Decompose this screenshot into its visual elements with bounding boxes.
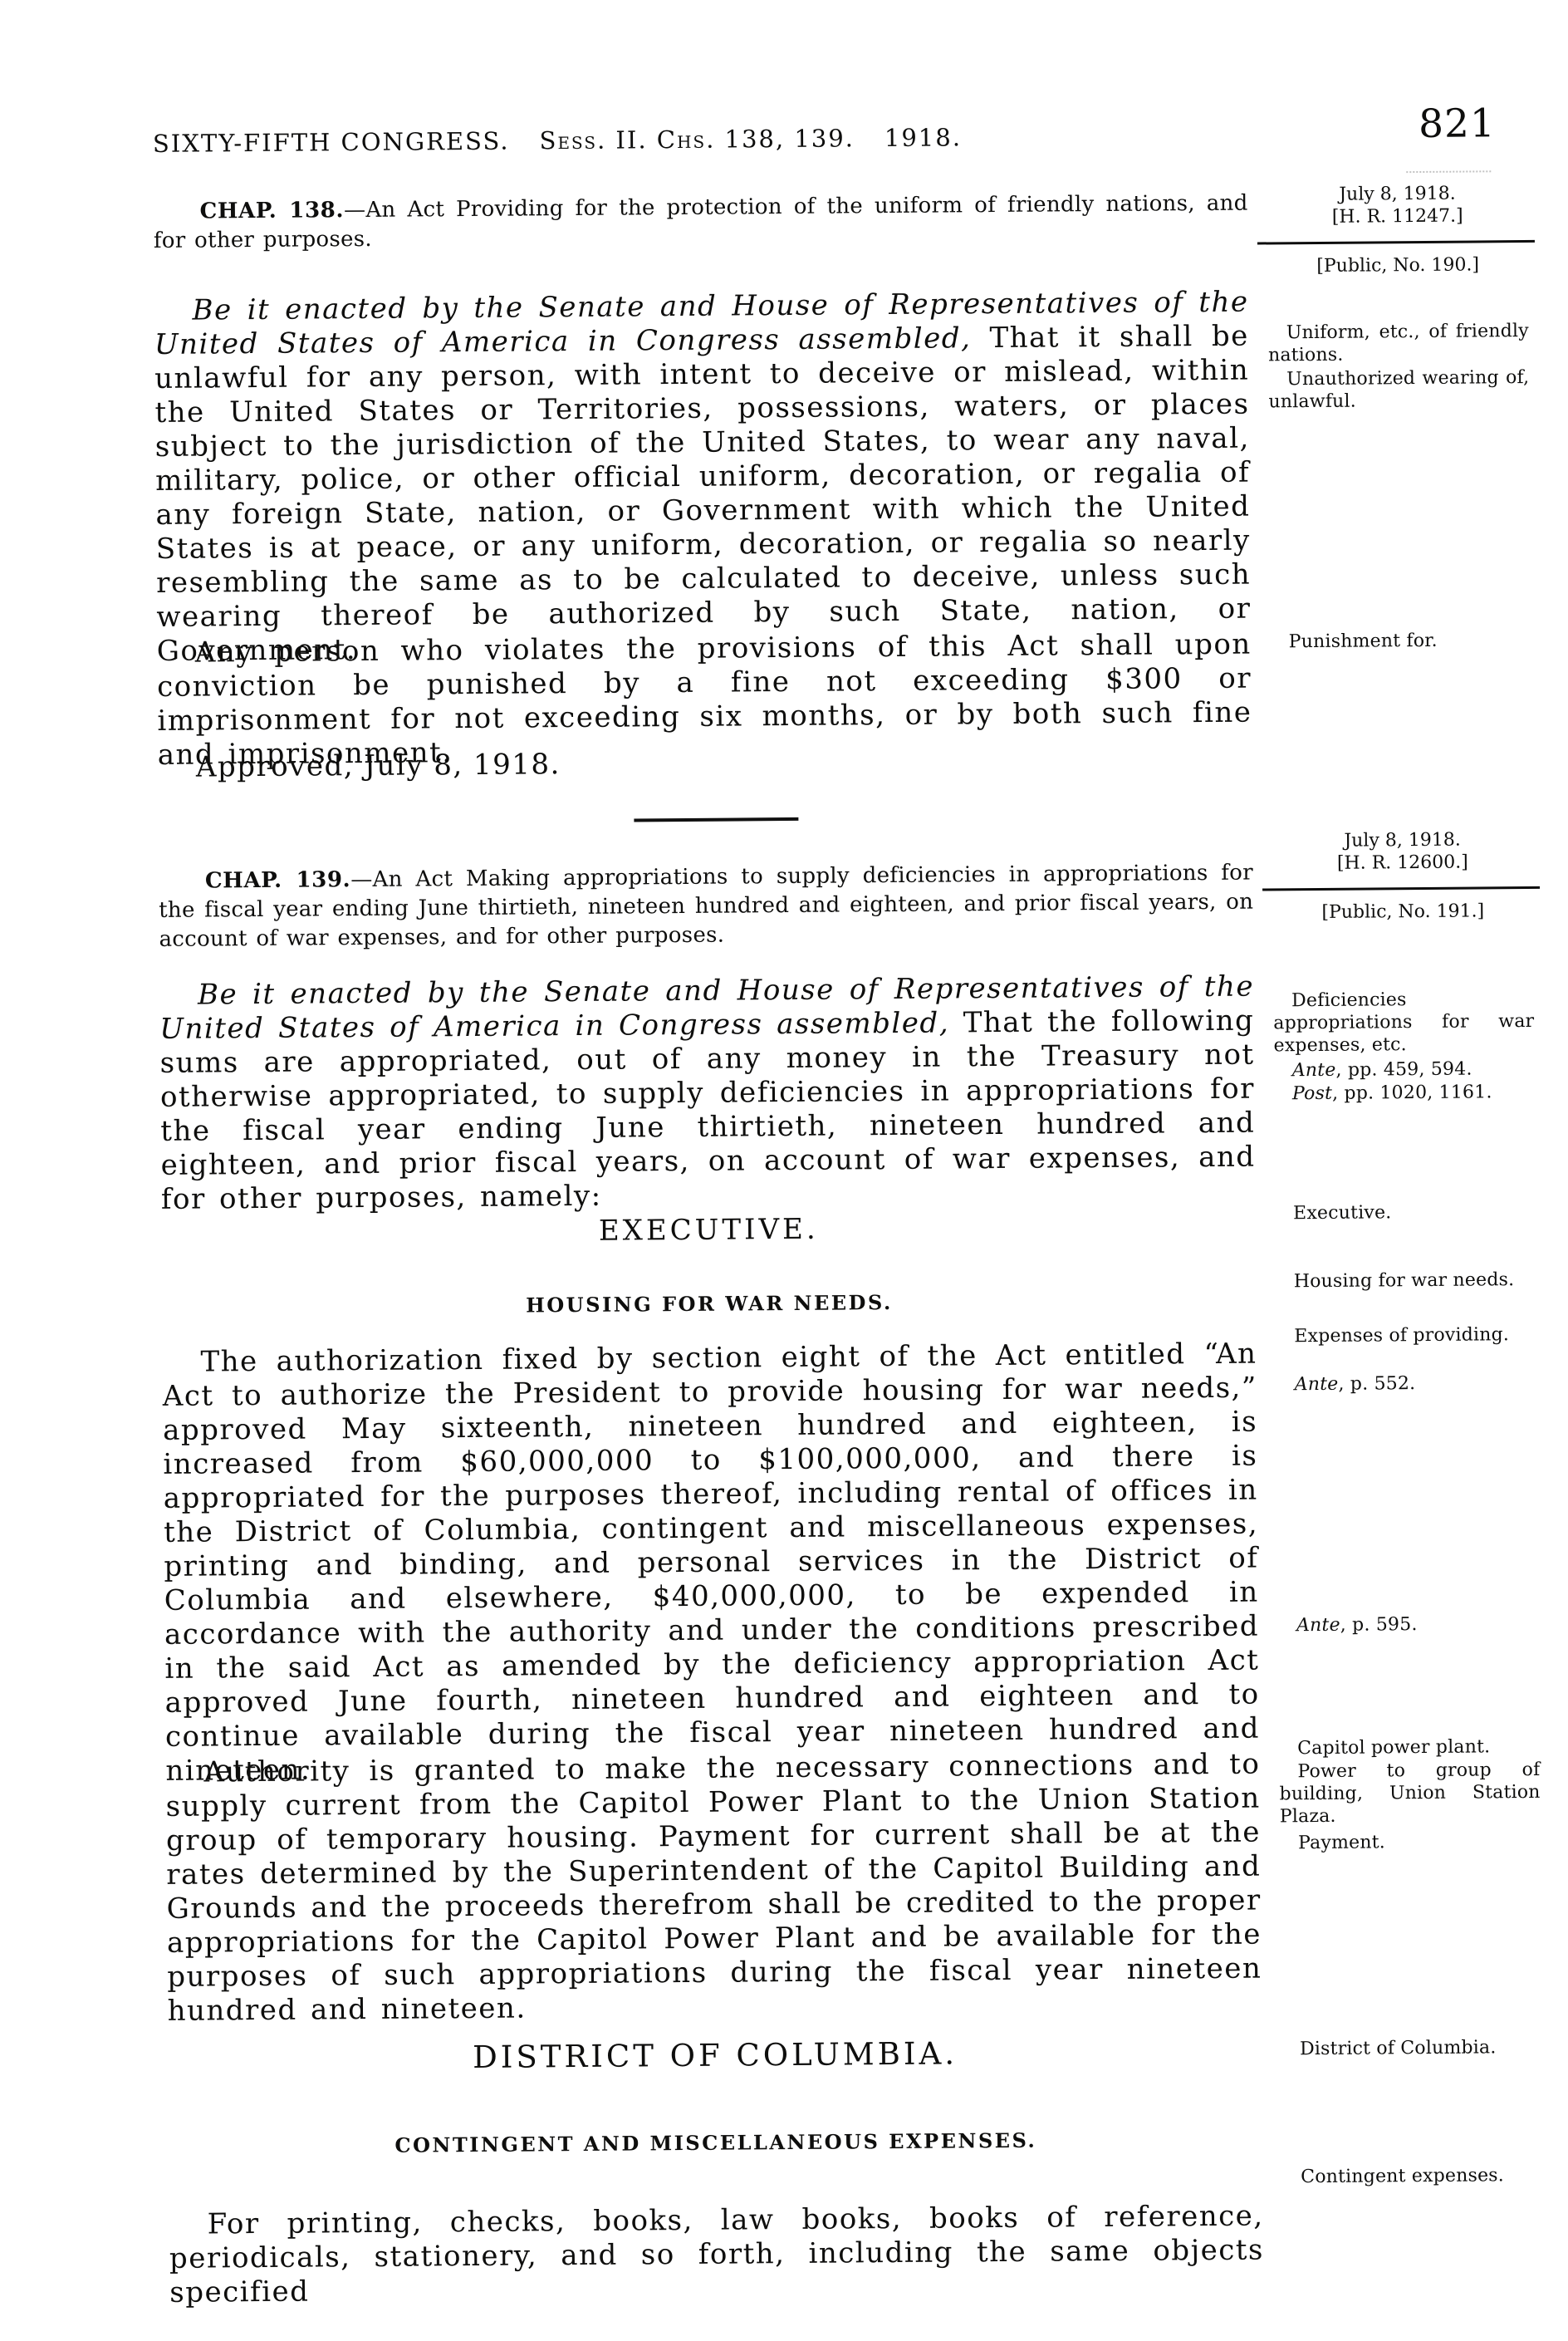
margin-ref-post-1020: Post, pp. 1020, 1161. (1274, 1081, 1535, 1105)
year-label: 1918. (884, 123, 962, 152)
housing-paragraph: The authorization fixed by section eight… (162, 1337, 1260, 1789)
margin-note-deficiencies: Deficiencies appropriations for war expe… (1273, 988, 1535, 1057)
page-number: 821 (1388, 101, 1496, 147)
margin-note-housing: Housing for war needs. (1276, 1269, 1536, 1293)
chapter-139-heading: CHAP. 139.—An Act Making appropriations … (159, 859, 1254, 955)
enacting-clause-138: Be it enacted by the Senate and House of… (154, 286, 1252, 669)
contingent-paragraph: For printing, checks, books, law books, … (169, 2200, 1264, 2310)
margin-rule-139 (1262, 886, 1540, 891)
session-chapters: Sess. II. Chs. 138, 139. (539, 124, 855, 155)
enacting-clause-138-body: That it shall be unlawful for any person… (154, 320, 1252, 668)
margin-note-contingent: Contingent expenses. (1282, 2164, 1543, 2188)
margin-note-payment: Payment. (1280, 1830, 1541, 1854)
margin-ref-ante-595-pages: , p. 595. (1340, 1614, 1418, 1636)
margin-note-punishment: Punishment for. (1271, 629, 1531, 653)
congress-title: SIXTY-FIFTH CONGRESS. (153, 127, 510, 158)
margin-date-138-line: July 8, 1918. (1267, 182, 1527, 206)
margin-public-no-138: [Public, No. 190.] (1267, 253, 1528, 277)
margin-ref-ante-552-pages: , p. 552. (1338, 1373, 1415, 1395)
scanned-sheet: SIXTY-FIFTH CONGRESS.Sess. II. Chs. 138,… (0, 0, 1568, 2341)
margin-ref-ante-552: Ante, p. 552. (1276, 1372, 1537, 1396)
margin-date-139: July 8, 1918. [H. R. 12600.] (1272, 828, 1533, 875)
district-heading: DISTRICT OF COLUMBIA. (168, 2034, 1262, 2078)
margin-date-138: July 8, 1918. [H. R. 11247.] (1267, 182, 1527, 228)
margin-bill-139: [H. R. 12600.] (1272, 851, 1533, 875)
margin-bill-138: [H. R. 11247.] (1267, 204, 1528, 228)
contingent-heading: CONTINGENT AND MISCELLANEOUS EXPENSES. (169, 2127, 1263, 2159)
margin-ref-post-1020-word: Post (1292, 1083, 1332, 1104)
housing-heading: HOUSING FOR WAR NEEDS. (162, 1288, 1257, 1320)
margin-note-executive: Executive. (1275, 1200, 1536, 1224)
margin-note-power: Power to group of building, Union Statio… (1279, 1759, 1541, 1828)
margin-note-capitol: Capitol power plant. (1279, 1735, 1540, 1759)
chapter-138-heading: CHAP. 138.—An Act Providing for the prot… (153, 189, 1248, 256)
statute-page: SIXTY-FIFTH CONGRESS.Sess. II. Chs. 138,… (0, 0, 1568, 2341)
margin-ref-ante-595-word: Ante (1296, 1615, 1340, 1636)
margin-ref-ante-595: Ante, p. 595. (1278, 1612, 1539, 1637)
margin-ref-ante-552-word: Ante (1295, 1374, 1339, 1395)
margin-ref-ante-459: Ante, pp. 459, 594. (1274, 1058, 1535, 1082)
section-divider (634, 817, 798, 822)
margin-note-unauthorized: Unauthorized wearing of, unlawful. (1268, 366, 1529, 413)
margin-ref-ante-459-pages: , pp. 459, 594. (1335, 1059, 1472, 1081)
page-number-underline (1406, 170, 1491, 173)
margin-ref-ante-459-word: Ante (1292, 1060, 1336, 1081)
margin-public-no-139: [Public, No. 191.] (1272, 900, 1533, 924)
margin-note-uniform: Uniform, etc., of friendly nations. (1268, 320, 1529, 366)
chapter-139-number: CHAP. 139. (205, 867, 351, 893)
enacting-clause-139: Be it enacted by the Senate and House of… (159, 970, 1256, 1217)
margin-date-139-line: July 8, 1918. (1272, 828, 1533, 852)
margin-note-expenses: Expenses of providing. (1276, 1323, 1536, 1347)
margin-rule-138 (1257, 240, 1535, 245)
capitol-paragraph: Authority is granted to make the necessa… (165, 1748, 1262, 2029)
chapter-138-number: CHAP. 138. (200, 198, 345, 223)
margin-ref-post-1020-pages: , pp. 1020, 1161. (1332, 1082, 1492, 1104)
page-header: SIXTY-FIFTH CONGRESS.Sess. II. Chs. 138,… (153, 121, 1257, 158)
margin-note-district: District of Columbia. (1281, 2036, 1542, 2060)
